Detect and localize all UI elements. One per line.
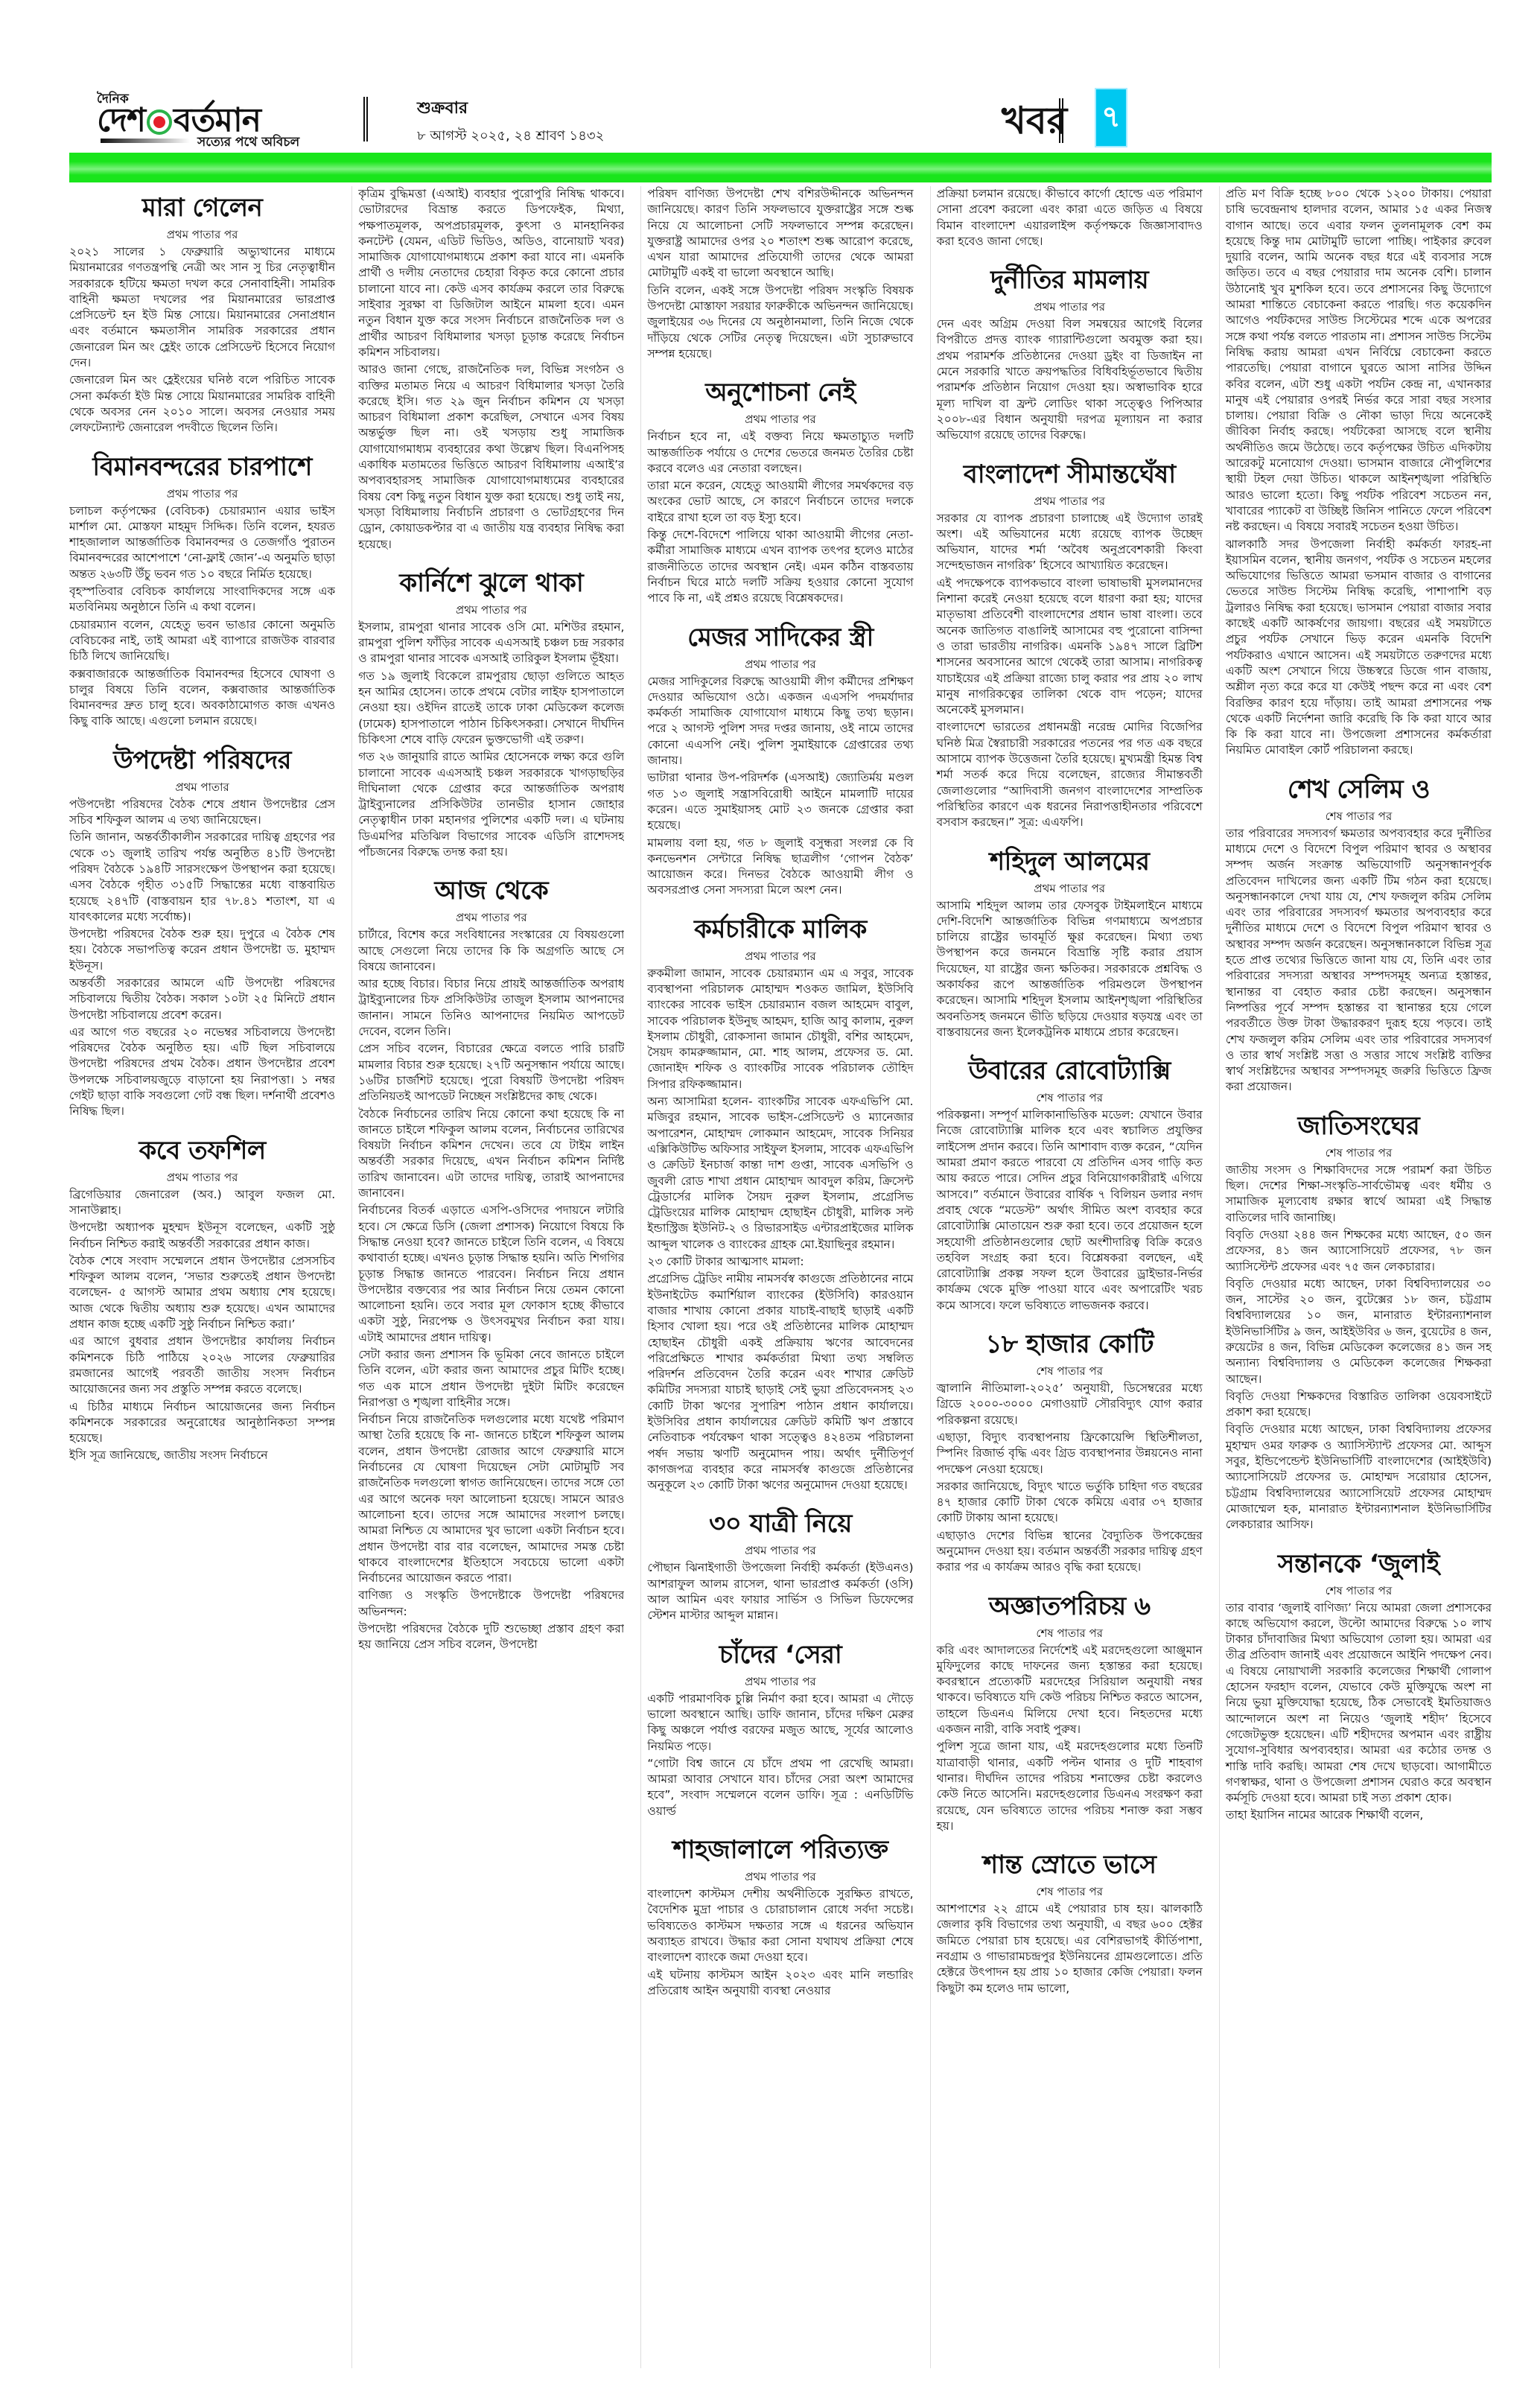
news-story[interactable]: মারা গেলেনপ্রথম পাতার পর২০২১ সালের ১ ফেব… xyxy=(69,186,335,438)
story-paragraph: বৃহস্পতিবার বেবিচক কার্যালয়ে সাংবাদিকদে… xyxy=(69,584,335,616)
news-story[interactable]: ১৮ হাজার কোটিশেষ পাতার পরজ্বালানি নীতিমা… xyxy=(937,1323,1203,1577)
story-paragraph: কক্সবাজারকে আন্তর্জাতিক বিমানবন্দর হিসেব… xyxy=(69,667,335,730)
story-paragraph: ২০২১ সালের ১ ফেব্রুয়ারি অভ্যুত্থানের মা… xyxy=(69,244,335,371)
story-paragraph: এর আগে বুধবার প্রধান উপদেষ্টার কার্যালয়… xyxy=(69,1334,335,1397)
bangladesh-map-emblem-icon xyxy=(147,109,172,135)
story-continuation-label: প্রথম পাতার পর xyxy=(647,411,913,427)
story-paragraph: জেনারেল মিন অং হ্লেইংয়ের ঘনিষ্ঠ বলে পরি… xyxy=(69,372,335,436)
story-paragraph: দেন এবং অগ্রিম দেওয়া বিল সমন্বয়ের আগেই… xyxy=(937,317,1203,443)
story-continuation-label: প্রথম পাতার পর xyxy=(647,656,913,672)
article-columns: মারা গেলেনপ্রথম পাতার পর২০২১ সালের ১ ফেব… xyxy=(69,186,1492,2368)
story-body: পউপদেষ্টা পরিষদের বৈঠক শেষে প্রধান উপদেষ… xyxy=(69,797,335,1120)
news-story[interactable]: চাঁদের ‘সেরাপ্রথম পাতার পরএকটি পারমাণবিক… xyxy=(647,1633,913,1821)
column-5: প্রতি মণ বিক্রি হচ্ছে ৮০০ থেকে ১২০০ টাকা… xyxy=(1219,186,1492,2368)
story-paragraph: বৈঠকে নির্বাচনের তারিখ নিয়ে কোনো কথা হয… xyxy=(358,1107,624,1202)
story-headline[interactable]: কার্নিশে ঝুলে থাকা xyxy=(358,566,624,600)
story-continuation-label: প্রথম পাতার পর xyxy=(647,1673,913,1690)
column-2: কৃত্রিম বুদ্ধিমত্তা (এআই) ব্যবহার পুরোপু… xyxy=(351,186,624,2368)
story-paragraph: এর আগে গত বছরের ২০ নভেম্বর সচিবালয়ে উপদ… xyxy=(69,1025,335,1120)
story-paragraph: ইসলাম, রামপুরা থানার সাবেক ওসি মো. মশিউর… xyxy=(358,620,624,667)
story-paragraph: বিবৃতি দেওয়া শিক্ষকদের বিস্তারিত তালিকা… xyxy=(1226,1389,1492,1421)
story-body: পরিষদ বাণিজ্য উপদেষ্টা শেখ বশিরউদ্দীনকে … xyxy=(647,186,913,362)
story-headline[interactable]: উবারের রোবোট্যাক্সি xyxy=(937,1054,1203,1088)
story-continuation-label: প্রথম পাতার পর xyxy=(358,602,624,618)
story-paragraph: মামলায় বলা হয়, গত ৮ জুলাই বসুন্ধরা সংল… xyxy=(647,836,913,899)
section-title: খবর xyxy=(1002,93,1067,155)
story-headline[interactable]: দুর্নীতির মামলায় xyxy=(937,263,1203,297)
news-story[interactable]: মেজর সাদিকের স্ত্রীপ্রথম পাতার পরমেজর সা… xyxy=(647,616,913,900)
story-paragraph: এছাড়াও দেশের বিভিন্ন স্থানের বৈদ্যুতিক … xyxy=(937,1528,1203,1576)
story-body: পৌছান ঝিনাইগাতী উপজেলা নির্বাহী কর্মকর্ত… xyxy=(647,1560,913,1623)
news-story[interactable]: শান্ত স্রোতে ভাসেশেষ পাতার পরআশপাশের ২২ … xyxy=(937,1843,1203,1998)
story-body: আশপাশের ২২ গ্রামে এই পেয়ারার চাষ হয়। ঝ… xyxy=(937,1901,1203,1997)
news-story[interactable]: উবারের রোবোট্যাক্সিশেষ পাতার পরপরিকল্পনা… xyxy=(937,1049,1203,1315)
story-body: আসামি শহিদুল আলম তার ফেসবুক টাইমলাইনে মা… xyxy=(937,898,1203,1041)
story-body: পরিকল্পনা। সম্পূর্ণ মালিকানাভিত্তিক মডেল… xyxy=(937,1107,1203,1314)
story-paragraph: আরও জানা গেছে, রাজনৈতিক দল, বিভিন্ন সংগঠ… xyxy=(358,362,624,553)
green-header-band xyxy=(69,153,1492,182)
story-paragraph: ২৩ কোটি টাকার আত্মসাৎ মামলা: xyxy=(647,1254,913,1270)
story-continuation-label: শেষ পাতার পর xyxy=(937,1883,1203,1900)
story-paragraph: তিনি জানান, অন্তর্বর্তীকালীন সরকারের দায… xyxy=(69,830,335,925)
story-paragraph: তার বাবার ‘জুলাই বাণিজ্য’ নিয়ে আমরা জেল… xyxy=(1226,1600,1492,1807)
issue-day: শুক্রবার xyxy=(417,95,468,123)
story-body: তার পরিবারের সদস্যবর্গ ক্ষমতার অপব্যবহার… xyxy=(1226,826,1492,1095)
story-body: রুকমীলা জামান, সাবেক চেয়ারম্যান এম এ সব… xyxy=(647,966,913,1494)
story-paragraph: চার্টারে, বিশেষ করে সংবিধানের সংস্কারের … xyxy=(358,927,624,975)
story-paragraph: তারা মনে করেন, যেহেতু আওয়ামী লীগের সমর্… xyxy=(647,478,913,526)
story-headline[interactable]: ৩০ যাত্রী নিয়ে xyxy=(647,1507,913,1541)
story-paragraph: নির্বাচন হবে না, এই বক্তব্য নিয়ে ক্ষমতা… xyxy=(647,429,913,477)
story-paragraph: বাণিজ্য ও সংস্কৃতি উপদেষ্টাকে উপদেষ্টা প… xyxy=(358,1588,624,1620)
story-headline[interactable]: অনুশোচনা নেই xyxy=(647,375,913,410)
story-headline[interactable]: সন্তানকে ‘জুলাই xyxy=(1226,1547,1492,1581)
story-paragraph: চলাচল কর্তৃপক্ষের (বেবিচক) চেয়ারম্যান এ… xyxy=(69,503,335,582)
news-story[interactable]: সন্তানকে ‘জুলাইশেষ পাতার পরতার বাবার ‘জু… xyxy=(1226,1542,1492,1825)
column-1: মারা গেলেনপ্রথম পাতার পর২০২১ সালের ১ ফেব… xyxy=(69,186,335,2368)
story-headline[interactable]: শহিদুল আলমের xyxy=(937,845,1203,879)
story-continuation-label: শেষ পাতার পর xyxy=(937,1090,1203,1106)
story-continuation-label: প্রথম পাতার পর xyxy=(937,880,1203,897)
story-headline[interactable]: শান্ত স্রোতে ভাসে xyxy=(937,1848,1203,1882)
logo-part-desh: দেশ xyxy=(97,101,145,139)
story-paragraph: তার পরিবারের সদস্যবর্গ ক্ষমতার অপব্যবহার… xyxy=(1226,826,1492,1095)
news-story[interactable]: শেখ সেলিম ওশেষ পাতার পরতার পরিবারের সদস্… xyxy=(1226,768,1492,1097)
news-story[interactable]: অজ্ঞাতপরিচয় ৬শেষ পাতার পরকরি এবং আদালতে… xyxy=(937,1585,1203,1836)
story-body: চলাচল কর্তৃপক্ষের (বেবিচক) চেয়ারম্যান এ… xyxy=(69,503,335,730)
news-story[interactable]: অনুশোচনা নেইপ্রথম পাতার পরনির্বাচন হবে ন… xyxy=(647,371,913,608)
story-paragraph: ইসি সূত্র জানিয়েছে, জাতীয় সংসদ নির্বাচ… xyxy=(69,1448,335,1463)
story-continuation-label: শেষ পাতার পর xyxy=(937,1625,1203,1641)
logo-gradient-bar xyxy=(101,139,190,143)
story-continuation-label: প্রথম পাতার পর xyxy=(647,1869,913,1885)
story-paragraph: পুলিশ সূত্রে জানা যায়, এই মরদেহগুলোর মধ… xyxy=(937,1739,1203,1834)
story-continuation-label: শেষ পাতার পর xyxy=(1226,1145,1492,1161)
story-headline[interactable]: চাঁদের ‘সেরা xyxy=(647,1638,913,1672)
news-story[interactable]: উপদেষ্টা পরিষদেরপ্রথম পাতারপউপদেষ্টা পরি… xyxy=(69,739,335,1122)
story-body: প্রতি মণ বিক্রি হচ্ছে ৮০০ থেকে ১২০০ টাকা… xyxy=(1226,186,1492,759)
news-story[interactable]: কার্নিশে ঝুলে থাকাপ্রথম পাতার পরইসলাম, র… xyxy=(358,562,624,862)
story-paragraph: নির্বাচনের বিতর্ক এড়াতে এসপি-ওসিদের পদা… xyxy=(358,1203,624,1346)
logo-tagline: সত্যের পথে অবিচল xyxy=(197,133,299,153)
story-paragraph: পৌছান ঝিনাইগাতী উপজেলা নির্বাহী কর্মকর্ত… xyxy=(647,1560,913,1623)
story-headline[interactable]: মারা গেলেন xyxy=(69,191,335,225)
story-continuation-label: প্রথম পাতার পর xyxy=(69,486,335,502)
story-paragraph: তিনি বলেন, একই সঙ্গে উপদেষ্টা পরিষদ সংস্… xyxy=(647,283,913,362)
news-story[interactable]: দুর্নীতির মামলায়প্রথম পাতার পরদেন এবং অ… xyxy=(937,258,1203,445)
story-body: কৃত্রিম বুদ্ধিমত্তা (এআই) ব্যবহার পুরোপু… xyxy=(358,186,624,553)
story-headline[interactable]: মেজর সাদিকের স্ত্রী xyxy=(647,620,913,655)
story-body: ২০২১ সালের ১ ফেব্রুয়ারি অভ্যুত্থানের মা… xyxy=(69,244,335,436)
story-body: চার্টারে, বিশেষ করে সংবিধানের সংস্কারের … xyxy=(358,927,624,1653)
news-story[interactable]: শাহজালালে পরিত্যক্তপ্রথম পাতার পরবাংলাদে… xyxy=(647,1828,913,2000)
news-story[interactable]: শহিদুল আলমেরপ্রথম পাতার পরআসামি শহিদুল আ… xyxy=(937,840,1203,1043)
story-body: সরকার যে ব্যাপক প্রচারণা চালাচ্ছে এই উদ্… xyxy=(937,511,1203,831)
news-story[interactable]: বিমানবন্দরের চারপাশেপ্রথম পাতার পরচলাচল … xyxy=(69,445,335,731)
story-paragraph: ভাটারা থানার উপ-পরিদর্শক (এসআই) জ্যোতির্… xyxy=(647,770,913,833)
story-paragraph: রুকমীলা জামান, সাবেক চেয়ারম্যান এম এ সব… xyxy=(647,966,913,1093)
story-headline[interactable]: ১৮ হাজার কোটি xyxy=(937,1327,1203,1361)
story-continuation-label: প্রথম পাতার xyxy=(69,779,335,795)
masthead-divider xyxy=(363,97,368,141)
story-paragraph: নির্বাচন নিয়ে রাজনৈতিক দলগুলোর মধ্যে যথ… xyxy=(358,1412,624,1586)
story-paragraph: চেয়ারম্যান বলেন, যেহেতু ভবন ভাঙার কোনো … xyxy=(69,617,335,665)
newspaper-logo[interactable]: দৈনিক দেশবর্তমান সত্যের পথে অবিচল xyxy=(97,89,313,149)
news-story[interactable]: কবে তফশিলপ্রথম পাতার পরব্রিগেডিয়ার জেনা… xyxy=(69,1129,335,1466)
story-headline[interactable]: কর্মচারীকে মালিক xyxy=(647,912,913,947)
story-paragraph: অন্তর্বর্তী সরকারের আমলে এটি উপদেষ্টা পর… xyxy=(69,976,335,1023)
issue-date: ৮ আগস্ট ২০২৫, ২৪ শ্রাবণ ১৪৩২ xyxy=(417,125,604,148)
story-paragraph: জাতীয় সংসদ ও শিক্ষাবিদদের সঙ্গে পরামর্শ… xyxy=(1226,1163,1492,1226)
story-body: প্রক্রিয়া চলমান রয়েছে। কীভাবে কার্গো হ… xyxy=(937,186,1203,249)
story-paragraph: সেটা করার জন্য প্রশাসন কি ভূমিকা নেবে জা… xyxy=(358,1347,624,1411)
story-paragraph: উপদেষ্টা অধ্যাপক মুহম্মদ ইউনূস বলেছেন, এ… xyxy=(69,1220,335,1252)
story-paragraph: বাংলাদেশে ভারতের প্রধানমন্ত্রী নরেন্দ্র … xyxy=(937,719,1203,830)
masthead: দৈনিক দেশবর্তমান সত্যের পথে অবিচল শুক্রব… xyxy=(0,0,1540,153)
story-paragraph: কিন্তু দেশে-বিদেশে পালিয়ে থাকা আওয়ামী … xyxy=(647,527,913,606)
story-paragraph: কৃত্রিম বুদ্ধিমত্তা (এআই) ব্যবহার পুরোপু… xyxy=(358,186,624,360)
story-headline[interactable]: বিমানবন্দরের চারপাশে xyxy=(69,450,335,484)
story-paragraph: করি এবং আদালতের নির্দেশেই এই মরদেহগুলো আ… xyxy=(937,1643,1203,1738)
story-paragraph: আসামি শহিদুল আলম তার ফেসবুক টাইমলাইনে মা… xyxy=(937,898,1203,1041)
story-continuation-label: প্রথম পাতার পর xyxy=(937,299,1203,315)
page-number-badge: ৭ xyxy=(1095,88,1127,147)
story-headline[interactable]: বাংলাদেশ সীমান্তঘেঁষা xyxy=(937,457,1203,492)
story-body: ব্রিগেডিয়ার জেনারেল (অব.) আবুল ফজল মো. … xyxy=(69,1187,335,1464)
story-paragraph: তাহা ইয়াসিন নামের আরেক শিক্ষার্থী বলেন, xyxy=(1226,1807,1492,1823)
story-headline[interactable]: শাহজালালে পরিত্যক্ত xyxy=(647,1833,913,1867)
story-body: নির্বাচন হবে না, এই বক্তব্য নিয়ে ক্ষমতা… xyxy=(647,429,913,606)
story-paragraph: এ চিঠির মাধ্যমে নির্বাচন আয়োজনের জন্য ন… xyxy=(69,1399,335,1447)
news-story[interactable]: কর্মচারীকে মালিকপ্রথম পাতার পররুকমীলা জা… xyxy=(647,908,913,1495)
news-story[interactable]: বাংলাদেশ সীমান্তঘেঁষাপ্রথম পাতার পরসরকার… xyxy=(937,453,1203,833)
story-paragraph: আর হচ্ছে বিচার। বিচার নিয়ে প্রায়ই আন্ত… xyxy=(358,976,624,1040)
story-paragraph: মেজর সাদিকুলের বিরুদ্ধে আওয়ামী লীগ কর্ম… xyxy=(647,674,913,769)
story-paragraph: জ্বালানি নীতিমালা-২০২৫’ অনুযায়ী, ডিসেম্… xyxy=(937,1381,1203,1428)
story-paragraph: উপদেষ্টা পরিষদের বৈঠক শুরু হয়। দুপুরে এ… xyxy=(69,926,335,974)
story-continuation-label: প্রথম পাতার পর xyxy=(647,1542,913,1559)
column-4: প্রক্রিয়া চলমান রয়েছে। কীভাবে কার্গো হ… xyxy=(930,186,1203,2368)
story-paragraph: উপদেষ্টা পরিষদের বৈঠকে দুটি শুভেচ্ছা প্র… xyxy=(358,1621,624,1653)
story-paragraph: বিবৃতি দেওয়া ২৪৪ জন শিক্ষকের মধ্যে আছেন… xyxy=(1226,1227,1492,1275)
story-body: ইসলাম, রামপুরা থানার সাবেক ওসি মো. মশিউর… xyxy=(358,620,624,860)
story-paragraph: এই ঘটনায় কাস্টমস আইন ২০২৩ এবং মানি লন্ড… xyxy=(647,1968,913,2000)
story-paragraph: পরিষদ বাণিজ্য উপদেষ্টা শেখ বশিরউদ্দীনকে … xyxy=(647,186,913,282)
story-headline[interactable]: শেখ সেলিম ও xyxy=(1226,772,1492,807)
story-paragraph: ব্রিগেডিয়ার জেনারেল (অব.) আবুল ফজল মো. … xyxy=(69,1187,335,1219)
story-paragraph: বৈঠক শেষে সংবাদ সম্মেলনে প্রধান উপদেষ্টা… xyxy=(69,1253,335,1332)
story-paragraph: ঝালকাঠি সদর উপজেলা নির্বাহী কর্মকর্তা ফা… xyxy=(1226,537,1492,759)
story-paragraph: পরিকল্পনা। সম্পূর্ণ মালিকানাভিত্তিক মডেল… xyxy=(937,1107,1203,1314)
story-body: বাংলাদেশ কাস্টমস দেশীয় অর্থনীতিকে সুরক্… xyxy=(647,1886,913,1999)
story-body: তার বাবার ‘জুলাই বাণিজ্য’ নিয়ে আমরা জেল… xyxy=(1226,1600,1492,1824)
story-paragraph: এই পদক্ষেপকে ব্যাপকভাবে বাংলা ভাষাভাষী ম… xyxy=(937,576,1203,719)
news-story[interactable]: জাতিসংঘেরশেষ পাতার পরজাতীয় সংসদ ও শিক্ষ… xyxy=(1226,1104,1492,1535)
story-paragraph: গত ২৬ জানুয়ারি রাতে আমির হোসেনকে লক্ষ্য… xyxy=(358,749,624,860)
story-headline[interactable]: কবে তফশিল xyxy=(69,1133,335,1168)
story-paragraph: এছাড়া, বিদ্যুৎ ব্যবস্থাপনায় ফ্রিকোয়েন… xyxy=(937,1430,1203,1478)
story-body: করি এবং আদালতের নির্দেশেই এই মরদেহগুলো আ… xyxy=(937,1643,1203,1835)
story-continuation-label: শেষ পাতার পর xyxy=(1226,1583,1492,1599)
news-story[interactable]: আজ থেকেপ্রথম পাতার পরচার্টারে, বিশেষ করে… xyxy=(358,869,624,1654)
story-body: জ্বালানি নীতিমালা-২০২৫’ অনুযায়ী, ডিসেম্… xyxy=(937,1381,1203,1576)
news-story[interactable]: ৩০ যাত্রী নিয়েপ্রথম পাতার পরপৌছান ঝিনাই… xyxy=(647,1502,913,1625)
story-continuation-label: শেষ পাতার পর xyxy=(937,1363,1203,1379)
story-paragraph: প্রতি মণ বিক্রি হচ্ছে ৮০০ থেকে ১২০০ টাকা… xyxy=(1226,186,1492,535)
story-paragraph: প্রক্রিয়া চলমান রয়েছে। কীভাবে কার্গো হ… xyxy=(937,186,1203,249)
column-3: পরিষদ বাণিজ্য উপদেষ্টা শেখ বশিরউদ্দীনকে … xyxy=(640,186,913,2368)
story-paragraph: বিবৃতি দেওয়ার মধ্যে আছেন, ঢাকা বিশ্ববিদ… xyxy=(1226,1422,1492,1533)
story-paragraph: “গোটা বিশ্ব জানে যে চাঁদে প্রথম পা রেখেছ… xyxy=(647,1756,913,1819)
news-story[interactable]: পরিষদ বাণিজ্য উপদেষ্টা শেখ বশিরউদ্দীনকে … xyxy=(647,186,913,363)
story-continuation-label: শেষ পাতার পর xyxy=(1226,808,1492,824)
story-paragraph: গত ১৯ জুলাই বিকেলে রামপুরায় ছোড়া গুলিত… xyxy=(358,669,624,748)
story-body: জাতীয় সংসদ ও শিক্ষাবিদদের সঙ্গে পরামর্শ… xyxy=(1226,1163,1492,1533)
story-paragraph: পউপদেষ্টা পরিষদের বৈঠক শেষে প্রধান উপদেষ… xyxy=(69,797,335,829)
story-paragraph: সরকার জানিয়েছে, বিদ্যুৎ খাতে ভর্তুকি চা… xyxy=(937,1479,1203,1527)
section-divider xyxy=(1059,98,1063,143)
story-paragraph: বাংলাদেশ কাস্টমস দেশীয় অর্থনীতিকে সুরক্… xyxy=(647,1886,913,1965)
story-continuation-label: প্রথম পাতার পর xyxy=(69,226,335,243)
story-paragraph: সরকার যে ব্যাপক প্রচারণা চালাচ্ছে এই উদ্… xyxy=(937,511,1203,574)
story-paragraph: প্রেস সচিব বলেন, বিচারের ক্ষেত্রে বলতে প… xyxy=(358,1041,624,1104)
story-body: মেজর সাদিকুলের বিরুদ্ধে আওয়ামী লীগ কর্ম… xyxy=(647,674,913,899)
story-paragraph: আশপাশের ২২ গ্রামে এই পেয়ারার চাষ হয়। ঝ… xyxy=(937,1901,1203,1997)
story-continuation-label: প্রথম পাতার পর xyxy=(937,493,1203,509)
story-body: দেন এবং অগ্রিম দেওয়া বিল সমন্বয়ের আগেই… xyxy=(937,317,1203,443)
story-paragraph: অন্য আসামিরা হলেন- ব্যাংকটির সাবেক এফএভি… xyxy=(647,1094,913,1253)
news-story[interactable]: প্রতি মণ বিক্রি হচ্ছে ৮০০ থেকে ১২০০ টাকা… xyxy=(1226,186,1492,760)
news-story[interactable]: প্রক্রিয়া চলমান রয়েছে। কীভাবে কার্গো হ… xyxy=(937,186,1203,251)
story-continuation-label: প্রথম পাতার পর xyxy=(69,1169,335,1186)
story-continuation-label: প্রথম পাতার পর xyxy=(358,909,624,926)
story-continuation-label: প্রথম পাতার পর xyxy=(647,948,913,964)
news-story[interactable]: কৃত্রিম বুদ্ধিমত্তা (এআই) ব্যবহার পুরোপু… xyxy=(358,186,624,554)
story-body: একটি পারমাণবিক চুল্লি নির্মাণ করা হবে। আ… xyxy=(647,1691,913,1819)
story-paragraph: বিবৃতি দেওয়ার মধ্যে আছেন, ঢাকা বিশ্ববিদ… xyxy=(1226,1276,1492,1387)
story-headline[interactable]: অজ্ঞাতপরিচয় ৬ xyxy=(937,1589,1203,1623)
story-headline[interactable]: উপদেষ্টা পরিষদের xyxy=(69,743,335,777)
story-headline[interactable]: জাতিসংঘের xyxy=(1226,1109,1492,1143)
story-paragraph: প্রগ্রেসিভ ট্রেডিং নামীয় নামসর্বস্ব কাগ… xyxy=(647,1271,913,1493)
story-headline[interactable]: আজ থেকে xyxy=(358,874,624,908)
story-paragraph: একটি পারমাণবিক চুল্লি নির্মাণ করা হবে। আ… xyxy=(647,1691,913,1755)
